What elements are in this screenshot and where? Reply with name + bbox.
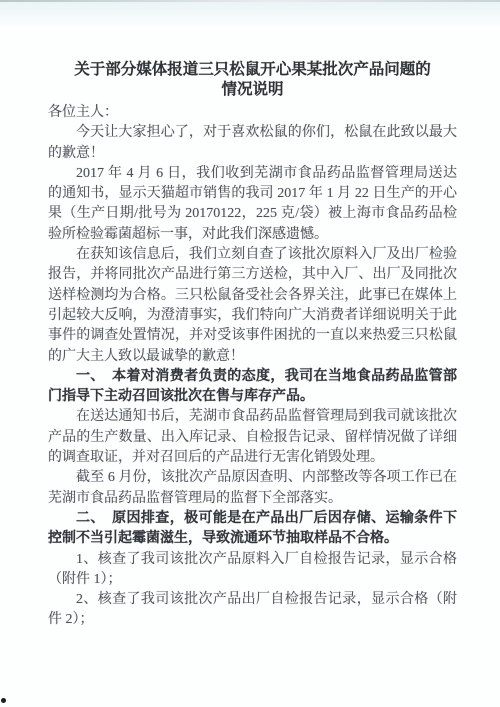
heading-section-2: 二、 原因排查，极可能是在产品出厂后因存储、运输条件下控制不当引起霉菌滋生，导致…: [48, 509, 457, 550]
document-content: 关于部分媒体报道三只松鼠开心果某批次产品问题的情况说明 各位主人： 今天让大家担…: [48, 60, 457, 631]
document-title: 关于部分媒体报道三只松鼠开心果某批次产品问题的情况说明: [48, 60, 457, 100]
document-body: 各位主人： 今天让大家担心了，对于喜欢松鼠的你们，松鼠在此致以最大的歉意！ 20…: [48, 103, 457, 631]
scanned-document-page: 关于部分媒体报道三只松鼠开心果某批次产品问题的情况说明 各位主人： 今天让大家担…: [0, 0, 500, 707]
list-item-1: 1、核查了我司该批次产品原料入厂自检报告记录，显示合格（附件 1）；: [48, 550, 457, 591]
salutation: 各位主人：: [48, 103, 457, 123]
paragraph-investigation: 在送达通知书后，芜湖市食品药品监督管理局到我司就该批次产品的生产数量、出入库记录…: [48, 407, 457, 468]
paragraph-self-check: 在获知该信息后，我们立刻自查了该批次原料入厂及出厂检验报告，并将同批次产品进行第…: [48, 245, 457, 367]
document-title-line1: 关于部分媒体报道三只松鼠开心果某批次产品问题的: [74, 61, 431, 78]
paragraph-rectification: 截至 6 月份，该批次产品原因查明、内部整改等各项工作已在芜湖市食品药品监督管理…: [48, 468, 457, 509]
paragraph-notice: 2017 年 4 月 6 日，我们收到芜湖市食品药品监督管理局送达的通知书，显示…: [48, 164, 457, 245]
scan-speck-artifact: [1, 698, 6, 703]
paragraph-apology: 今天让大家担心了，对于喜欢松鼠的你们，松鼠在此致以最大的歉意！: [48, 123, 457, 164]
list-item-2: 2、核查了我司该批次产品出厂自检报告记录，显示合格（附件 2）；: [48, 590, 457, 631]
scan-tint-artifact: [0, 2, 500, 28]
heading-section-1: 一、 本着对消费者负责的态度，我司在当地食品药品监管部门指导下主动召回该批次在售…: [48, 367, 457, 408]
document-title-line2: 情况说明: [221, 81, 283, 98]
